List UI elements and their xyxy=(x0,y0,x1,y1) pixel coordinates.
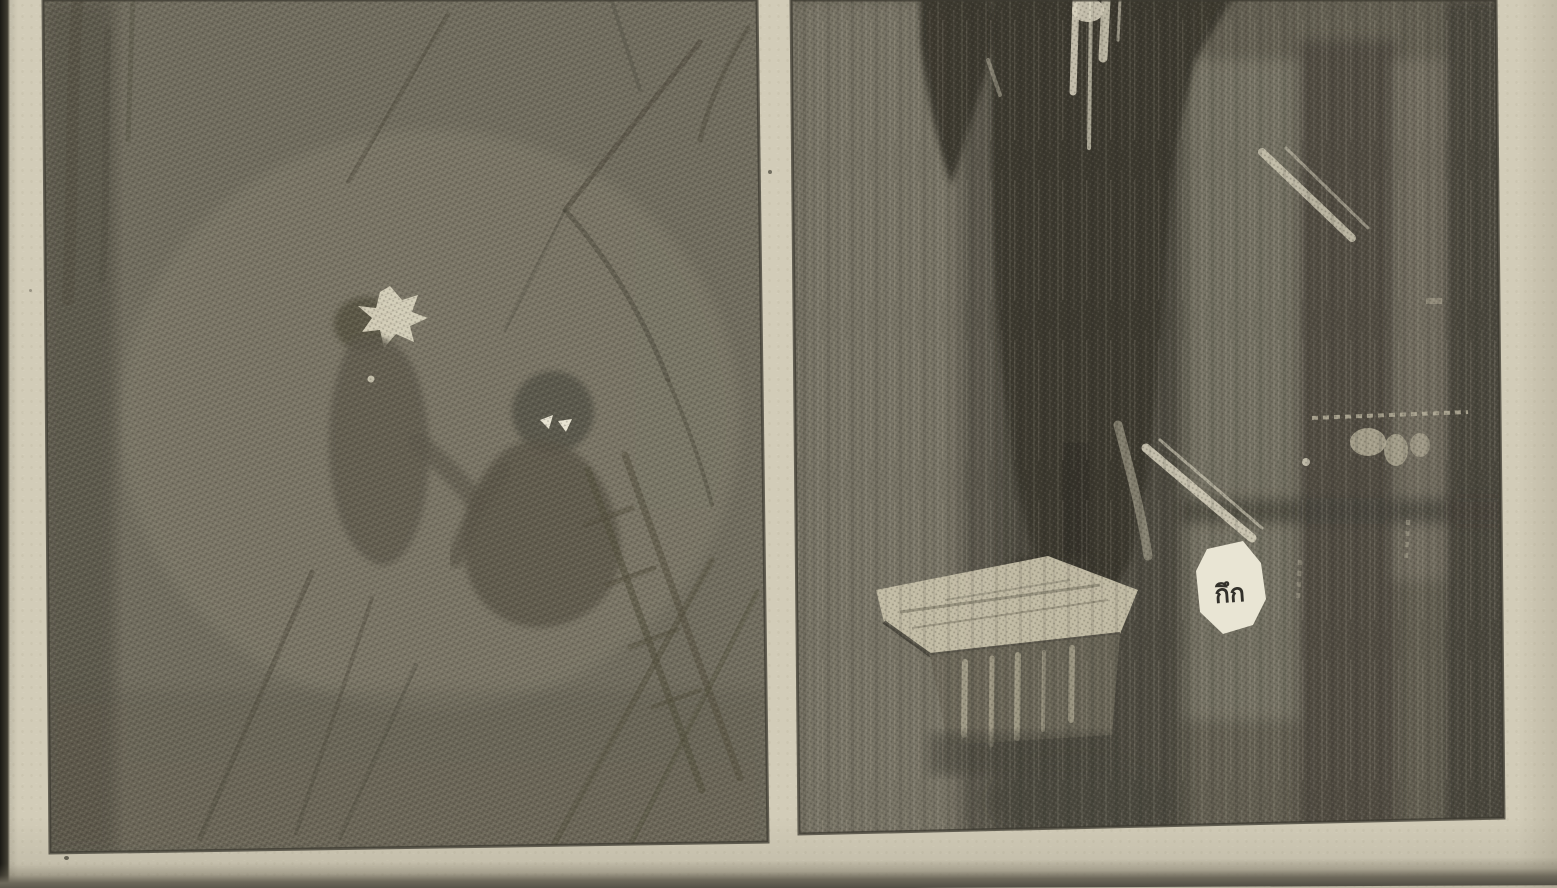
comic-panel-right: กึก xyxy=(791,0,1507,845)
page-binding-edge xyxy=(0,0,10,888)
paper-speck xyxy=(29,289,32,292)
comic-artwork: กึก xyxy=(0,0,1557,888)
panel-right-halftone xyxy=(791,0,1505,836)
panel-left-weave xyxy=(43,0,769,854)
paper-speck xyxy=(64,856,69,860)
comic-panel-left xyxy=(43,0,769,860)
paper-speck xyxy=(768,170,772,174)
sfx-text: กึก xyxy=(1214,578,1246,609)
scanned-comic-page: กึก xyxy=(0,0,1557,888)
